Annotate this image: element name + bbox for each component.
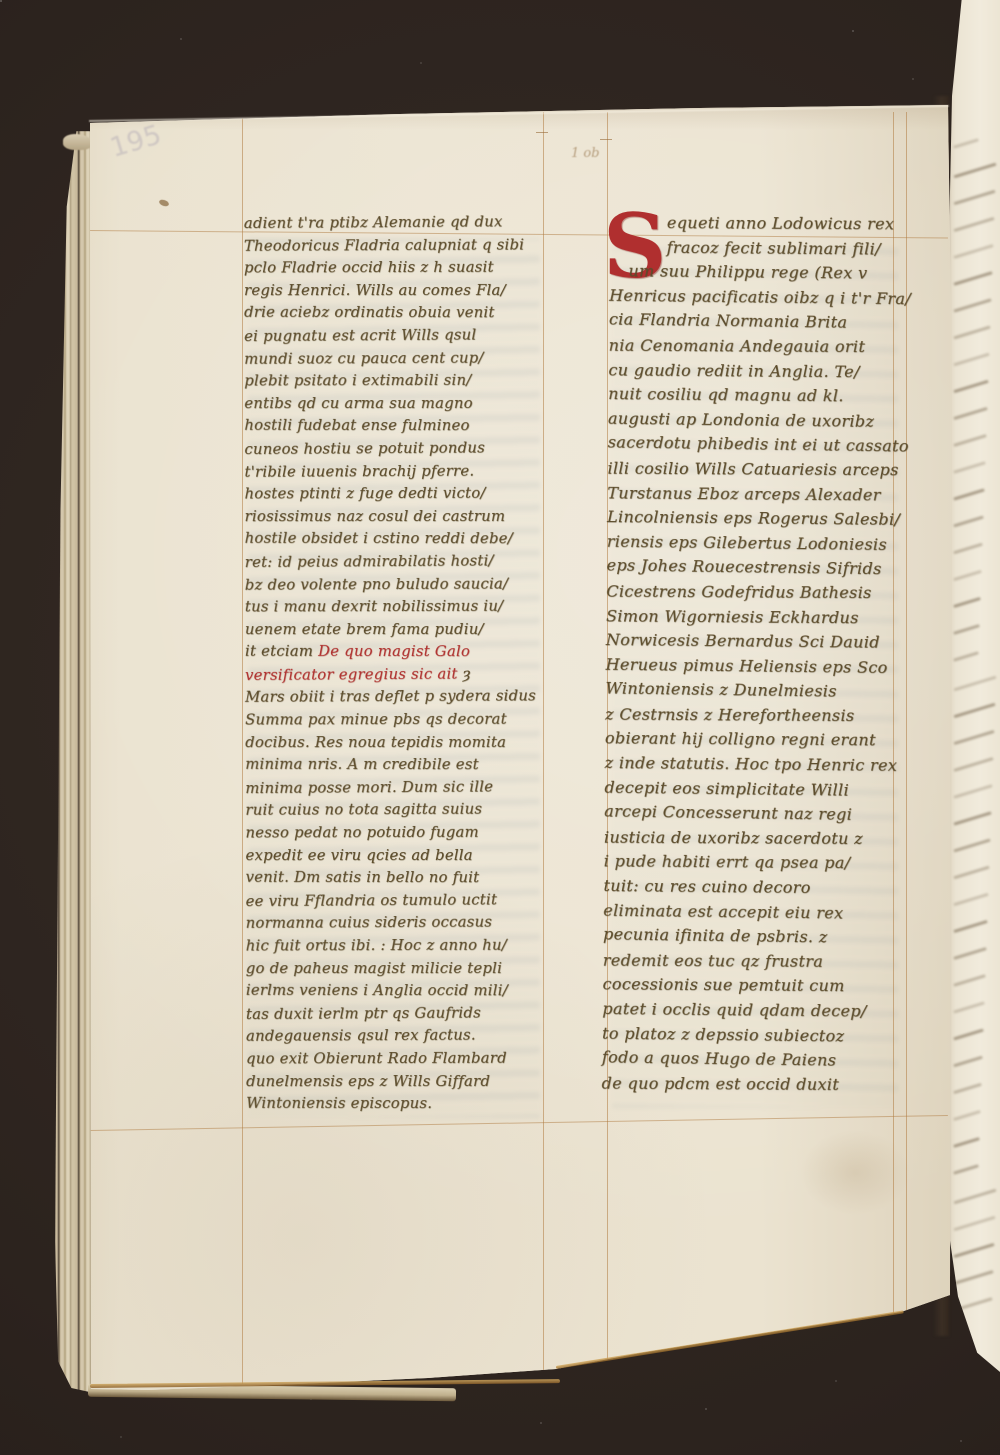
manuscript-text-line: cuneos hostiu se potuit pondus: [244, 437, 550, 462]
body-text: Theodoricus Fladria calupniat q sibi: [244, 236, 524, 254]
body-text: quo exit Obierunt Rado Flambard: [246, 1050, 507, 1068]
body-text: adient t'ra ptibz Alemanie qd dux: [244, 213, 503, 232]
facing-page-text-line: [953, 811, 991, 825]
manuscript-text-line: nia Cenomania Andegauia orit: [609, 334, 909, 360]
facing-page-text-line: [953, 1137, 980, 1147]
facing-page-text-line: [953, 1001, 984, 1013]
facing-page-text-line: [953, 434, 986, 446]
manuscript-text-line: hostile obsidet i cstino reddi debe/: [245, 528, 551, 551]
manuscript-text-line: hic fuit ortus ibi. : Hoc z anno hu/: [246, 935, 552, 958]
manuscript-text-line: ei pugnatu est acrit Wills qsul: [244, 324, 550, 349]
facing-page-text-line: [954, 190, 996, 205]
body-text: iusticia de uxoribz sacerdotu z: [604, 827, 863, 847]
manuscript-text-line: adient t'ra ptibz Alemanie qd dux: [244, 211, 550, 236]
body-text: andegauensis qsul rex factus.: [246, 1027, 476, 1045]
manuscript-text-line: i pude habiti errt qa psea pa/: [604, 850, 904, 877]
facing-page-text-line: [953, 138, 979, 148]
facing-page-text-line: [953, 298, 991, 312]
manuscript-text-line: hostes ptinti z fuge dedti victo/: [245, 483, 551, 506]
body-text: dunelmensis eps z Wills Giffard: [246, 1073, 490, 1090]
manuscript-text-line: uenem etate brem fama pudiu/: [245, 619, 551, 642]
facing-page-text-line: [954, 1270, 994, 1284]
manuscript-text-line: quo exit Obierunt Rado Flambard: [246, 1048, 552, 1071]
manuscript-text-line: Wintoniensis episcopus.: [246, 1093, 552, 1116]
manuscript-text-line: tus i manu dexrit nobilissimus iu/: [245, 596, 551, 619]
body-text: pclo Fladrie occid hiis z h suasit: [244, 259, 494, 277]
manuscript-text-line: obierant hij colligno regni erant: [605, 727, 905, 754]
facing-page-text-line: [953, 461, 985, 473]
facing-page-text-line: [953, 1056, 982, 1067]
facing-page-text-line: [953, 597, 981, 608]
facing-page-text-line: [953, 974, 985, 986]
manuscript-text-line: Theodoricus Fladria calupniat q sibi: [244, 234, 550, 258]
body-text: tus i manu dexrit nobilissimus iu/: [245, 598, 504, 616]
body-text: expedit ee viru qcies ad bella: [245, 847, 472, 864]
manuscript-text-line: arcepi Concesserunt naz regi: [604, 800, 904, 829]
body-text: ȝ: [458, 665, 471, 682]
body-text: Wintoniensis z Dunelmiesis: [605, 679, 837, 701]
body-text: arcepi Concesserunt naz regi: [604, 802, 852, 824]
manuscript-text-line: ret: id peius admirabilatis hosti/: [245, 550, 551, 575]
facing-page-text-line: [954, 163, 997, 178]
manuscript-text-line: Norwicesis Bernardus Sci Dauid: [606, 628, 906, 655]
body-text: docibus. Res noua tepidis momita: [245, 734, 506, 751]
facing-page-text-line: [954, 1216, 996, 1231]
manuscript-text-line: Cicestrens Godefridus Bathesis: [606, 580, 906, 606]
manuscript-text-line: minima posse mori. Dum sic ille: [245, 776, 551, 801]
rubric-text: De quo magist Galo: [318, 643, 470, 660]
body-text: Lincolniensis eps Rogerus Salesbi/: [607, 507, 900, 529]
facing-page-text-line: [953, 651, 979, 661]
faint-foliation-mark: 1 ob: [571, 146, 600, 161]
facing-page-text-line: [953, 488, 984, 500]
body-text: go de paheus magist milicie tepli: [246, 960, 502, 977]
body-text: um suu Philippu rege (Rex v: [628, 261, 867, 282]
facing-page-text-line: [953, 920, 987, 933]
body-text: hic fuit ortus ibi. : Hoc z anno hu/: [246, 937, 507, 955]
manuscript-text-line: z Cestrnsis z Herefortheensis: [605, 702, 905, 728]
facing-page-text-line: [953, 947, 986, 959]
manuscript-text-line: mundi suoz cu pauca cent cup/: [244, 347, 550, 371]
body-text: mundi suoz cu pauca cent cup/: [244, 349, 484, 367]
manuscript-text-line: andegauensis qsul rex factus.: [246, 1025, 552, 1049]
facing-page-text-line: [954, 676, 997, 691]
body-text: redemit eos tuc qz frustra: [603, 950, 823, 970]
manuscript-text-line: patet i occlis quid qdam decep/: [602, 997, 902, 1024]
body-text: Mars obiit i tras deflet p sydera sidus: [245, 688, 536, 706]
body-text: normanna cuius sideris occasus: [246, 914, 493, 932]
body-text: fracoz fecit sublimari fili/: [667, 237, 881, 258]
body-text: cia Flandria Normania Brita: [609, 310, 848, 332]
manuscript-text-line: go de paheus magist milicie tepli: [246, 958, 552, 981]
manuscript-page: 195 1 ob adient t'ra ptibz Alemanie qd d…: [0, 0, 1000, 1455]
manuscript-text-line: ruit cuius no tota sagitta suius: [245, 799, 551, 823]
facing-page-text-line: [953, 1164, 979, 1174]
body-text: uenem etate brem fama pudiu/: [245, 621, 484, 638]
body-text: drie aciebz ordinatis obuia venit: [244, 304, 495, 321]
book-leaf-edges-left-top: [63, 134, 93, 150]
body-text: it etciam: [245, 643, 318, 660]
facing-page-text-line: [954, 217, 995, 232]
body-text: tas duxit ierlm ptr qs Gaufrids: [246, 1004, 481, 1023]
facing-page-text-line: [953, 1029, 983, 1041]
manuscript-text-line: minima nris. A m credibile est: [245, 754, 551, 777]
body-text: ruit cuius no tota sagitta suius: [245, 801, 482, 819]
ruling-line-vertical-left: [242, 112, 243, 1384]
manuscript-text-line: iusticia de uxoribz sacerdotu z: [604, 825, 904, 851]
manuscript-text-line: equeti anno Lodowicus rex: [667, 211, 910, 237]
manuscript-text-line: docibus. Res noua tepidis momita: [245, 732, 551, 755]
body-text: z inde statutis. Hoc tpo Henric rex: [605, 753, 898, 775]
body-text: plebit psitato i extimabili sin/: [244, 372, 471, 390]
facing-page-text-line: [954, 1243, 995, 1258]
book-leaf-edges-left: [55, 131, 94, 1393]
facing-page-text-line: [953, 407, 987, 420]
body-text: eps Johes Rouecestrensis Sifrids: [606, 556, 881, 579]
body-text: i pude habiti errt qa psea pa/: [604, 852, 851, 873]
manuscript-text-line: cu gaudio rediit in Anglia. Te/: [608, 358, 908, 385]
body-text: tuit: cu res cuino decoro: [603, 876, 810, 897]
manuscript-text-line: ee viru Fflandria os tumulo uctit: [246, 889, 552, 914]
body-text: illi cosilio Wills Catuariesis arceps: [607, 459, 898, 480]
manuscript-text-line: pecunia ifinita de psbris. z: [603, 923, 903, 952]
manuscript-text-line: expedit ee viru qcies ad bella: [245, 845, 551, 868]
left-text-column: adient t'ra ptibz Alemanie qd duxTheodor…: [244, 212, 552, 1117]
facing-page-text-line: [953, 1083, 981, 1094]
manuscript-text-line: redemit eos tuc qz frustra: [603, 948, 903, 974]
facing-page-text-line: [953, 271, 992, 285]
dust-specks: [0, 0, 2, 2]
ruling-tick-b: [600, 139, 612, 140]
manuscript-text-line: sacerdotu phibedis int ei ut cassato: [608, 431, 908, 460]
manuscript-text-line: venit. Dm satis in bello no fuit: [246, 867, 552, 890]
ink-speck: [158, 198, 170, 208]
facing-page-text-line: [954, 244, 994, 258]
facing-page-text-line: [953, 570, 981, 581]
body-text: bz deo volente pno buludo saucia/: [245, 575, 509, 593]
manuscript-text-line: ierlms veniens i Anglia occid mili/: [246, 980, 552, 1003]
body-text: patet i occlis quid qdam decep/: [602, 999, 867, 1021]
body-text: ierlms veniens i Anglia occid mili/: [246, 982, 508, 999]
body-text: nia Cenomania Andegauia orit: [609, 336, 866, 356]
body-text: cocessionis sue pemtuit cum: [602, 975, 844, 996]
manuscript-text-line: Wintoniensis z Dunelmiesis: [605, 677, 905, 706]
manuscript-text-line: riosissimus naz cosul dei castrum: [245, 506, 551, 529]
body-text: ei pugnatu est acrit Wills qsul: [244, 326, 476, 345]
body-text: decepit eos simplicitate Willi: [604, 777, 849, 799]
manuscript-text-line: z inde statutis. Hoc tpo Henric rex: [605, 751, 905, 778]
body-text: Wintoniensis episcopus.: [246, 1095, 432, 1112]
manuscript-text-line: normanna cuius sideris occasus: [246, 912, 552, 936]
manuscript-text-line: t'ribile iuuenis brachij pferre.: [244, 460, 550, 484]
manuscript-text-line: Turstanus Eboz arceps Alexader: [607, 481, 907, 508]
body-text: to platoz z depssio subiectoz: [602, 1023, 845, 1045]
manuscript-text-line: Summa pax minue pbs qs decorat: [245, 709, 551, 732]
body-text: entibs qd cu arma sua magno: [244, 395, 473, 412]
body-text: t'ribile iuuenis brachij pferre.: [244, 462, 474, 480]
rubric-text: versificator egregius sic ait: [245, 665, 458, 683]
body-text: pecunia ifinita de psbris. z: [603, 925, 828, 947]
facing-page-text-line: [954, 1189, 997, 1204]
facing-page-text-line: [953, 380, 988, 393]
body-text: Summa pax minue pbs qs decorat: [245, 711, 507, 729]
manuscript-text-line: fracoz fecit sublimari fili/: [667, 235, 910, 261]
manuscript-text-line: pclo Fladrie occid hiis z h suasit: [244, 257, 550, 280]
body-text: obierant hij colligno regni erant: [605, 729, 876, 750]
manuscript-text-line: Simon Wigorniesis Eckhardus: [606, 604, 906, 631]
body-text: Cicestrens Godefridus Bathesis: [606, 582, 871, 602]
manuscript-text-line: cia Flandria Normania Brita: [609, 308, 909, 337]
manuscript-text-line: drie aciebz ordinatis obuia venit: [244, 302, 550, 325]
manuscript-text-line: hostili fudebat ense fulmineo: [244, 415, 550, 438]
manuscript-text-line: Lincolniensis eps Rogerus Salesbi/: [607, 505, 907, 532]
body-text: de quo pdcm est occid duxit: [602, 1073, 840, 1093]
manuscript-text-line: Mars obiit i tras deflet p sydera sidus: [245, 686, 551, 710]
body-text: riosissimus naz cosul dei castrum: [245, 508, 506, 525]
body-text: ee viru Fflandria os tumulo uctit: [246, 891, 498, 910]
facing-page-text-line: [953, 516, 983, 528]
right-text-column: equeti anno Lodowicus rexfracoz fecit su…: [602, 210, 910, 1098]
facing-page-text-line: [953, 784, 992, 798]
body-text: nuit cosiliu qd magnu ad kl.: [608, 384, 844, 405]
facing-page-text-line: [954, 703, 996, 718]
manuscript-text-line: tuit: cu res cuino decoro: [603, 874, 903, 901]
manuscript-text-line: tas duxit ierlm ptr qs Gaufrids: [246, 1002, 552, 1027]
ruling-tick-a: [536, 132, 548, 133]
manuscript-text-line: regis Henrici. Wills au comes Fla/: [244, 280, 550, 303]
body-text: Turstanus Eboz arceps Alexader: [607, 483, 881, 504]
manuscript-text-line: cocessionis sue pemtuit cum: [602, 973, 902, 1000]
body-text: Herueus pimus Heliensis eps Sco: [606, 654, 888, 676]
body-text: regis Henrici. Wills au comes Fla/: [244, 282, 506, 299]
body-text: Henricus pacificatis oibz q i t'r Fra/: [609, 285, 911, 308]
manuscript-text-line: nuit cosiliu qd magnu ad kl.: [608, 382, 908, 409]
manuscript-text-line: bz deo volente pno buludo saucia/: [245, 573, 551, 597]
facing-page-text-line: [954, 730, 995, 745]
body-text: nesso pedat no potuido fugam: [245, 824, 478, 842]
body-text: hostile obsidet i cstino reddi debe/: [245, 530, 513, 547]
manuscript-text-line: plebit psitato i extimabili sin/: [244, 370, 550, 393]
body-text: fodo a quos Hugo de Paiens: [602, 1048, 837, 1070]
facing-page-text-line: [953, 624, 980, 634]
body-text: eliminata est accepit eiu rex: [603, 900, 843, 922]
body-text: hostes ptinti z fuge dedti victo/: [245, 485, 486, 503]
body-text: venit. Dm satis in bello no fuit: [246, 869, 480, 886]
manuscript-text-line: um suu Philippu rege (Rex v: [628, 259, 909, 286]
facing-page-text-line: [953, 866, 989, 879]
facing-page-text-line: [953, 839, 990, 853]
body-text: minima posse mori. Dum sic ille: [245, 778, 493, 797]
manuscript-text-line: illi cosilio Wills Catuariesis arceps: [607, 457, 907, 483]
manuscript-text-line: versificator egregius sic ait ȝ: [245, 663, 551, 688]
manuscript-text-line: de quo pdcm est occid duxit: [602, 1071, 902, 1097]
manuscript-text-line: nesso pedat no potuido fugam: [245, 822, 551, 845]
body-text: cu gaudio rediit in Anglia. Te/: [608, 360, 859, 381]
facing-page-text-line: [953, 326, 990, 340]
facing-page-text-line: [953, 353, 989, 366]
facing-page-text-line: [953, 1297, 992, 1311]
body-text: hostili fudebat ense fulmineo: [244, 417, 469, 434]
body-text: equeti anno Lodowicus rex: [667, 213, 894, 233]
manuscript-text-line: fodo a quos Hugo de Paiens: [602, 1046, 902, 1075]
body-text: Simon Wigorniesis Eckhardus: [606, 606, 859, 627]
manuscript-text-line: entibs qd cu arma sua magno: [244, 393, 550, 416]
manuscript-text-line: dunelmensis eps z Wills Giffard: [246, 1070, 552, 1093]
facing-page-text-line: [953, 893, 988, 906]
body-text: Norwicesis Bernardus Sci Dauid: [606, 630, 880, 652]
body-text: cuneos hostiu se potuit pondus: [244, 439, 485, 458]
facing-page-text-line: [953, 1110, 981, 1121]
body-text: z Cestrnsis z Herefortheensis: [605, 704, 854, 724]
body-text: minima nris. A m credibile est: [245, 756, 479, 773]
body-text: ret: id peius admirabilatis hosti/: [245, 552, 494, 571]
manuscript-text-line: eps Johes Rouecestrensis Sifrids: [606, 554, 906, 583]
body-text: riensis eps Gilebertus Lodoniesis: [607, 531, 887, 553]
facing-page-text-line: [954, 757, 994, 771]
manuscript-text-line: it etciam De quo magist Galo: [245, 641, 551, 664]
facing-page-text-line: [953, 543, 982, 554]
body-text: sacerdotu phibedis int ei ut cassato: [608, 433, 909, 456]
body-text: augusti ap Londonia de uxoribz: [608, 408, 874, 430]
